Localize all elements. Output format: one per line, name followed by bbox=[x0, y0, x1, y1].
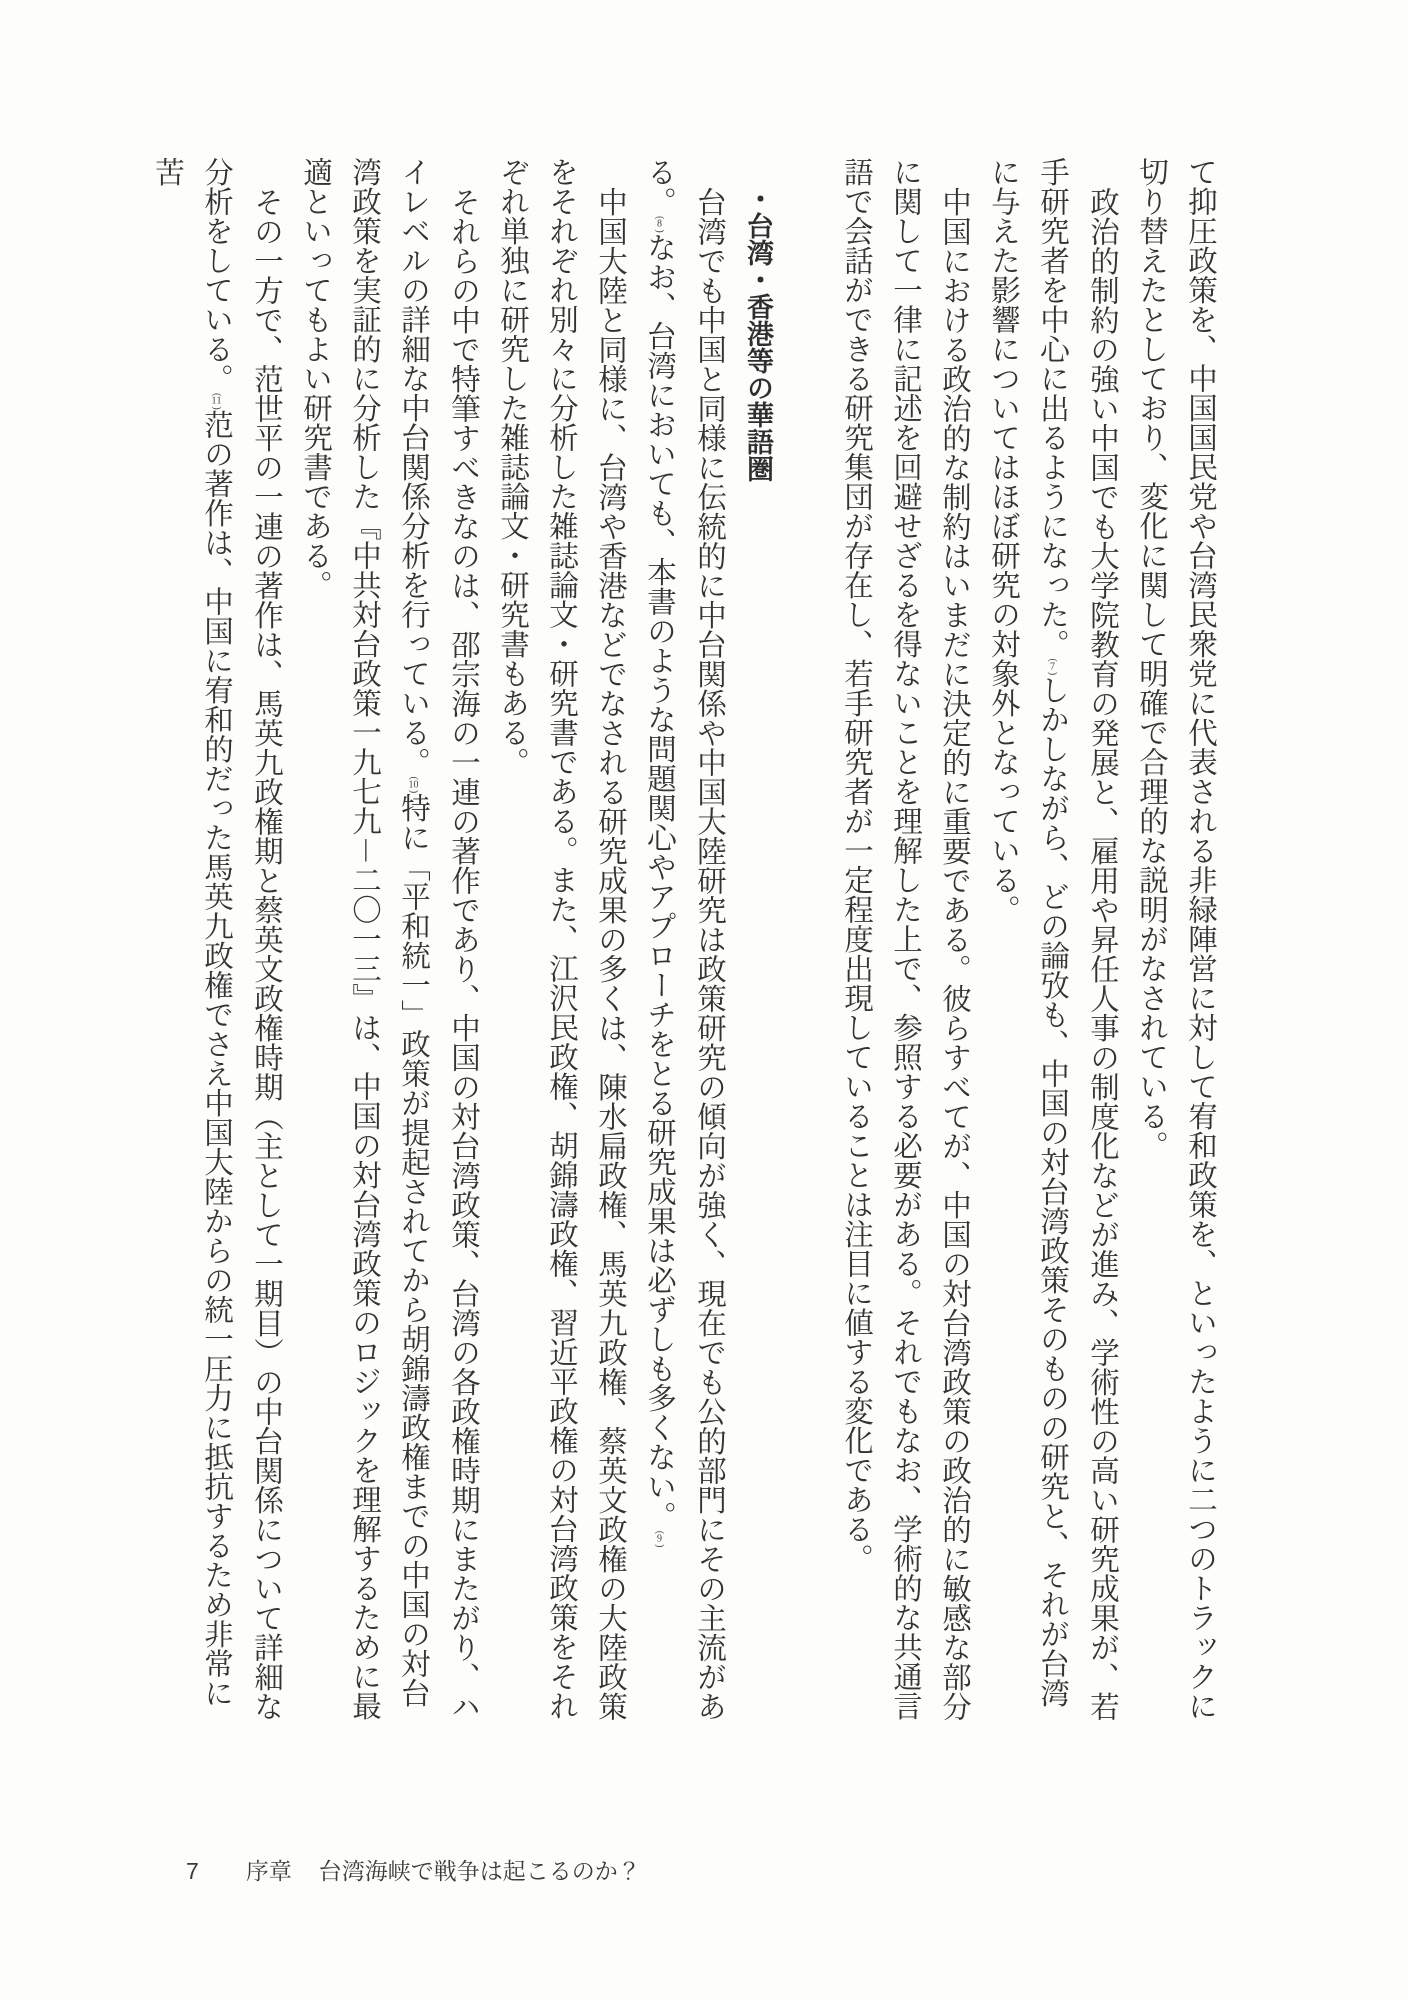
paragraph: それらの中で特筆すべきなのは、邵宗海の一連の著作であり、中国の対台湾政策、台湾の… bbox=[290, 157, 487, 1729]
footnote-ref: (9) bbox=[654, 1531, 665, 1548]
paragraph: その一方で、范世平の一連の著作は、馬英九政権期と蔡英文政権時期（主として一期目）… bbox=[142, 157, 290, 1729]
footnote-ref: (8) bbox=[654, 216, 665, 233]
text-body: て抑圧政策を、中国国民党や台湾民衆党に代表される非緑陣営に対して宥和政策を、とい… bbox=[142, 157, 1224, 1729]
footnote-ref: (10) bbox=[408, 777, 419, 794]
footnote-ref: (11) bbox=[211, 393, 222, 410]
paragraph: 台湾でも中国と同様に伝統的に中台関係や中国大陸研究は政策研究の傾向が強く、現在で… bbox=[634, 157, 733, 1729]
page-footer: 7序章台湾海峡で戦争は起こるのか？ bbox=[186, 1853, 641, 1886]
book-page: て抑圧政策を、中国国民党や台湾民衆党に代表される非緑陣営に対して宥和政策を、とい… bbox=[0, 0, 1407, 2000]
paragraph: て抑圧政策を、中国国民党や台湾民衆党に代表される非緑陣営に対して宥和政策を、とい… bbox=[1126, 157, 1224, 1729]
footnote-ref: (7) bbox=[1047, 659, 1058, 676]
footer-running-title: 台湾海峡で戦争は起こるのか？ bbox=[319, 1858, 641, 1884]
paragraph: 中国大陸と同様に、台湾や香港などでなされる研究成果の多くは、陳水扁政権、馬英九政… bbox=[487, 157, 634, 1729]
footer-chapter: 序章 bbox=[246, 1858, 292, 1884]
section-heading: ・台湾・香港等の華語圏 bbox=[733, 157, 782, 1729]
page-number: 7 bbox=[186, 1858, 199, 1884]
paragraph: 中国における政治的な制約はいまだに決定的に重要である。彼らすべてが、中国の対台湾… bbox=[831, 157, 978, 1729]
paragraph: 政治的制約の強い中国でも大学院教育の発展と、雇用や昇任人事の制度化などが進み、学… bbox=[978, 157, 1126, 1729]
